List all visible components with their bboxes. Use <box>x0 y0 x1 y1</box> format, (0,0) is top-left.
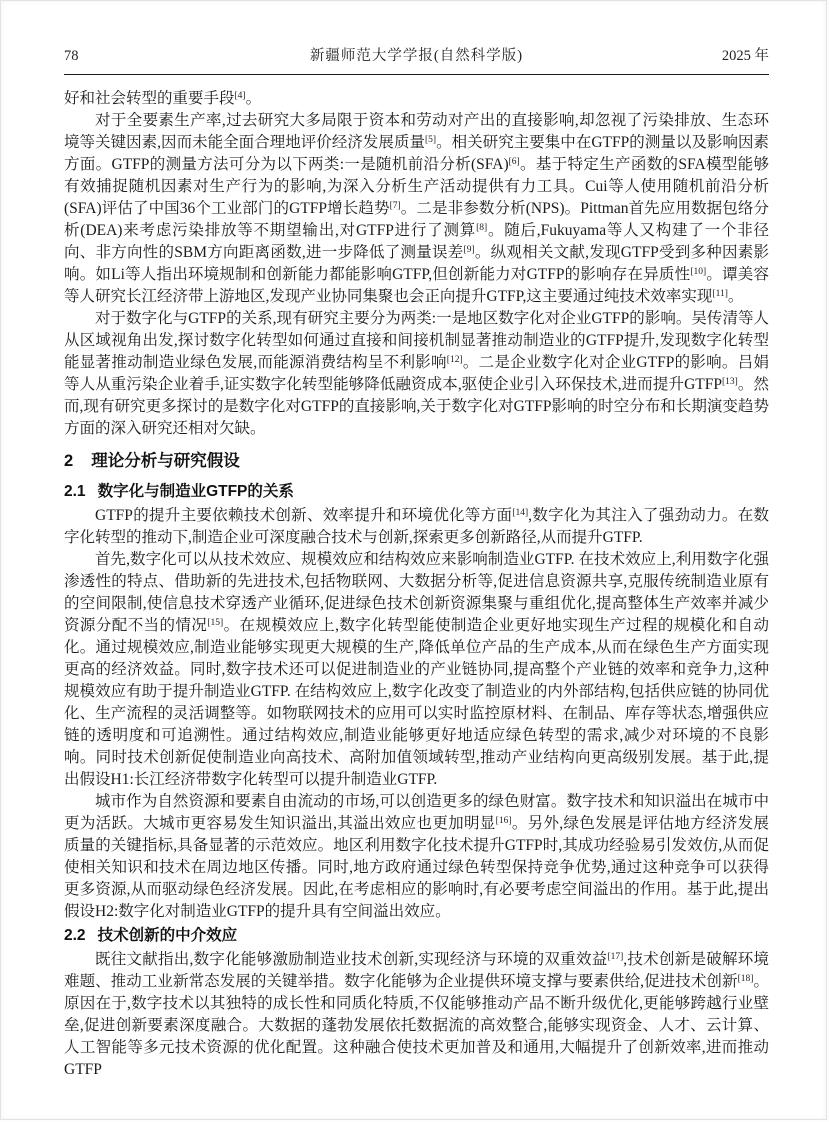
citation-ref: [8] <box>476 223 487 233</box>
heading-title: 数字化与制造业GTFP的关系 <box>98 483 294 500</box>
citation-ref: [15] <box>207 618 223 628</box>
paragraph: 对于数字化与GTFP的关系,现有研究主要分为两类:一是地区数字化对企业GTFP的… <box>64 308 769 440</box>
citation-ref: [18] <box>738 974 754 984</box>
citation-ref: [17] <box>607 952 623 962</box>
citation-ref: [16] <box>496 816 512 826</box>
paragraph: GTFP的提升主要依赖技术创新、效率提升和环境优化等方面[14],数字化为其注入… <box>64 505 769 549</box>
header-rule <box>64 74 769 75</box>
citation-ref: [9] <box>464 245 475 255</box>
paragraph: 城市作为自然资源和要素自由流动的市场,可以创造更多的绿色财富。数字技术和知识溢出… <box>64 791 769 923</box>
page-number: 78 <box>64 47 124 65</box>
citation-ref: [13] <box>722 377 738 387</box>
paragraph: 对于全要素生产率,过去研究大多局限于资本和劳动对产出的直接影响,却忽视了污染排放… <box>64 110 769 308</box>
citation-ref: [10] <box>690 267 706 277</box>
paragraph: 首先,数字化可以从技术效应、规模效应和结构效应来影响制造业GTFP. 在技术效应… <box>64 549 769 791</box>
heading-title: 理论分析与研究假设 <box>91 452 240 470</box>
section-heading: 2理论分析与研究假设 <box>64 449 769 473</box>
heading-title: 技术创新的中介效应 <box>98 927 238 944</box>
subsection-heading: 2.2技术创新的中介效应 <box>64 925 769 947</box>
paragraph: 好和社会转型的重要手段[4]。 <box>64 88 769 110</box>
citation-ref: [14] <box>512 508 528 518</box>
journal-title: 新疆师范大学学报(自然科学版) <box>124 47 709 65</box>
page-content: 78 新疆师范大学学报(自然科学版) 2025 年 好和社会转型的重要手段[4]… <box>64 47 769 1081</box>
running-head: 78 新疆师范大学学报(自然科学版) 2025 年 <box>64 47 769 65</box>
citation-ref: [7] <box>390 201 401 211</box>
article-body: 好和社会转型的重要手段[4]。对于全要素生产率,过去研究大多局限于资本和劳动对产… <box>64 88 769 1081</box>
journal-page: 78 新疆师范大学学报(自然科学版) 2025 年 好和社会转型的重要手段[4]… <box>0 0 827 1120</box>
heading-number: 2.1 <box>64 483 86 500</box>
heading-number: 2.2 <box>64 927 86 944</box>
citation-ref: [5] <box>425 135 436 145</box>
citation-ref: [12] <box>447 355 463 365</box>
paragraph: 既往文献指出,数字化能够激励制造业技术创新,实现经济与环境的双重效益[17],技… <box>64 949 769 1081</box>
citation-ref: [11] <box>712 289 727 299</box>
citation-ref: [6] <box>509 157 520 167</box>
subsection-heading: 2.1数字化与制造业GTFP的关系 <box>64 481 769 503</box>
heading-number: 2 <box>64 452 73 470</box>
citation-ref: [4] <box>235 91 246 101</box>
year-label: 2025 年 <box>709 47 769 65</box>
